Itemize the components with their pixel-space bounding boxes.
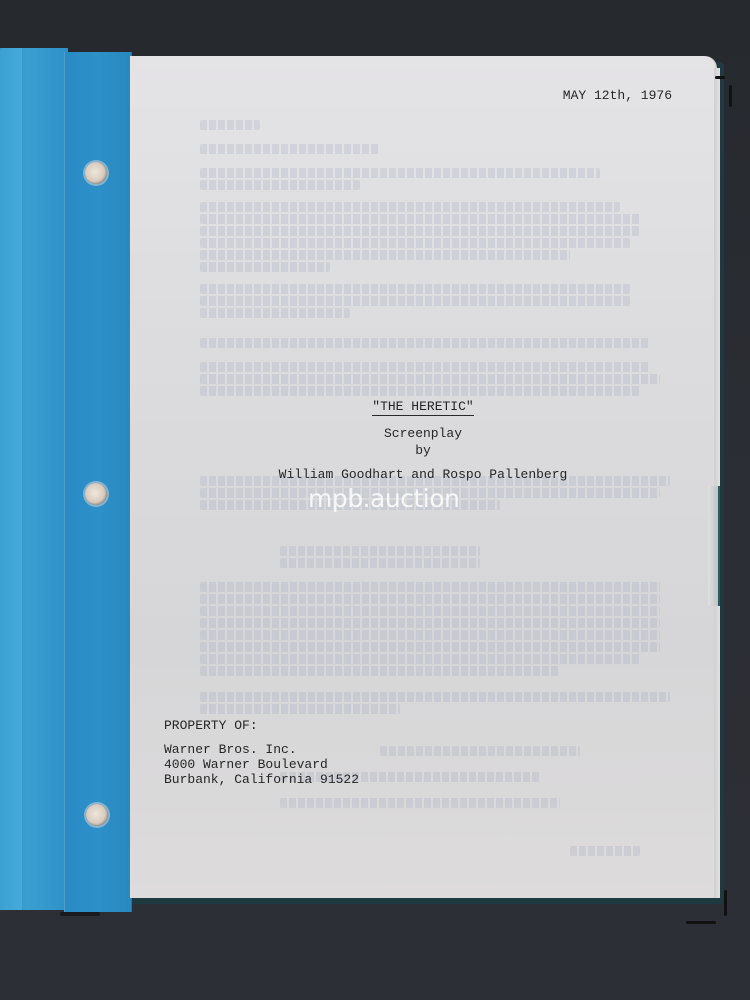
pen-mark bbox=[686, 921, 716, 924]
bleed-through-text bbox=[200, 642, 660, 652]
bleed-through-text bbox=[200, 308, 350, 318]
bleed-through-text bbox=[200, 250, 570, 260]
bleed-through-text bbox=[200, 180, 360, 190]
bleed-through-text bbox=[280, 558, 480, 568]
watermark: mpb.auction bbox=[308, 484, 459, 513]
bleed-through-text bbox=[200, 630, 660, 640]
bleed-through-text bbox=[380, 746, 580, 756]
bleed-through-text bbox=[280, 546, 480, 556]
bleed-through-text bbox=[570, 846, 640, 856]
binder-cover-edge bbox=[0, 48, 22, 910]
bleed-through-text bbox=[200, 226, 640, 236]
cover-shadow bbox=[60, 912, 100, 916]
bleed-through-text bbox=[200, 654, 640, 664]
title-page: MAY 12th, 1976 "THE HERETIC" Screenplay … bbox=[130, 56, 716, 898]
bleed-through-text bbox=[200, 214, 640, 224]
bleed-through-text bbox=[200, 262, 330, 272]
document-date: MAY 12th, 1976 bbox=[563, 88, 672, 103]
bleed-through-text bbox=[200, 386, 640, 396]
bleed-through-text bbox=[280, 798, 560, 808]
page-stack-edge bbox=[714, 68, 720, 898]
screenplay-title-text: "THE HERETIC" bbox=[372, 399, 473, 416]
bleed-through-text bbox=[200, 618, 660, 628]
bleed-through-text bbox=[200, 338, 650, 348]
pen-mark bbox=[715, 76, 725, 79]
address-line: Burbank, California 91522 bbox=[164, 772, 359, 787]
screenplay-title: "THE HERETIC" bbox=[130, 399, 716, 414]
bleed-through-text bbox=[200, 594, 660, 604]
property-of-label: PROPERTY OF: bbox=[164, 718, 258, 733]
bleed-through-text bbox=[200, 168, 600, 178]
grommet-icon bbox=[86, 804, 108, 826]
bleed-through-text bbox=[200, 666, 560, 676]
bleed-through-text bbox=[200, 692, 670, 702]
bleed-through-text bbox=[200, 202, 620, 212]
address-line: Warner Bros. Inc. bbox=[164, 742, 297, 757]
grommet-icon bbox=[85, 483, 107, 505]
bleed-through-text bbox=[200, 374, 660, 384]
pen-mark bbox=[729, 85, 732, 107]
bleed-through-text bbox=[200, 144, 380, 154]
authors: William Goodhart and Rospo Pallenberg bbox=[130, 467, 716, 482]
bleed-through-text bbox=[200, 606, 660, 616]
bleed-through-text bbox=[200, 284, 630, 294]
page-tab bbox=[708, 486, 720, 606]
bleed-through-text bbox=[200, 296, 630, 306]
address-line: 4000 Warner Boulevard bbox=[164, 757, 328, 772]
bleed-through-text bbox=[200, 238, 630, 248]
bleed-through-text bbox=[200, 120, 260, 130]
bleed-through-text bbox=[200, 362, 650, 372]
pen-mark bbox=[724, 890, 727, 916]
by-label: by bbox=[130, 443, 716, 458]
bleed-through-text bbox=[200, 704, 400, 714]
bleed-through-text bbox=[200, 582, 660, 592]
grommet-icon bbox=[85, 162, 107, 184]
screenplay-label: Screenplay bbox=[130, 426, 716, 441]
